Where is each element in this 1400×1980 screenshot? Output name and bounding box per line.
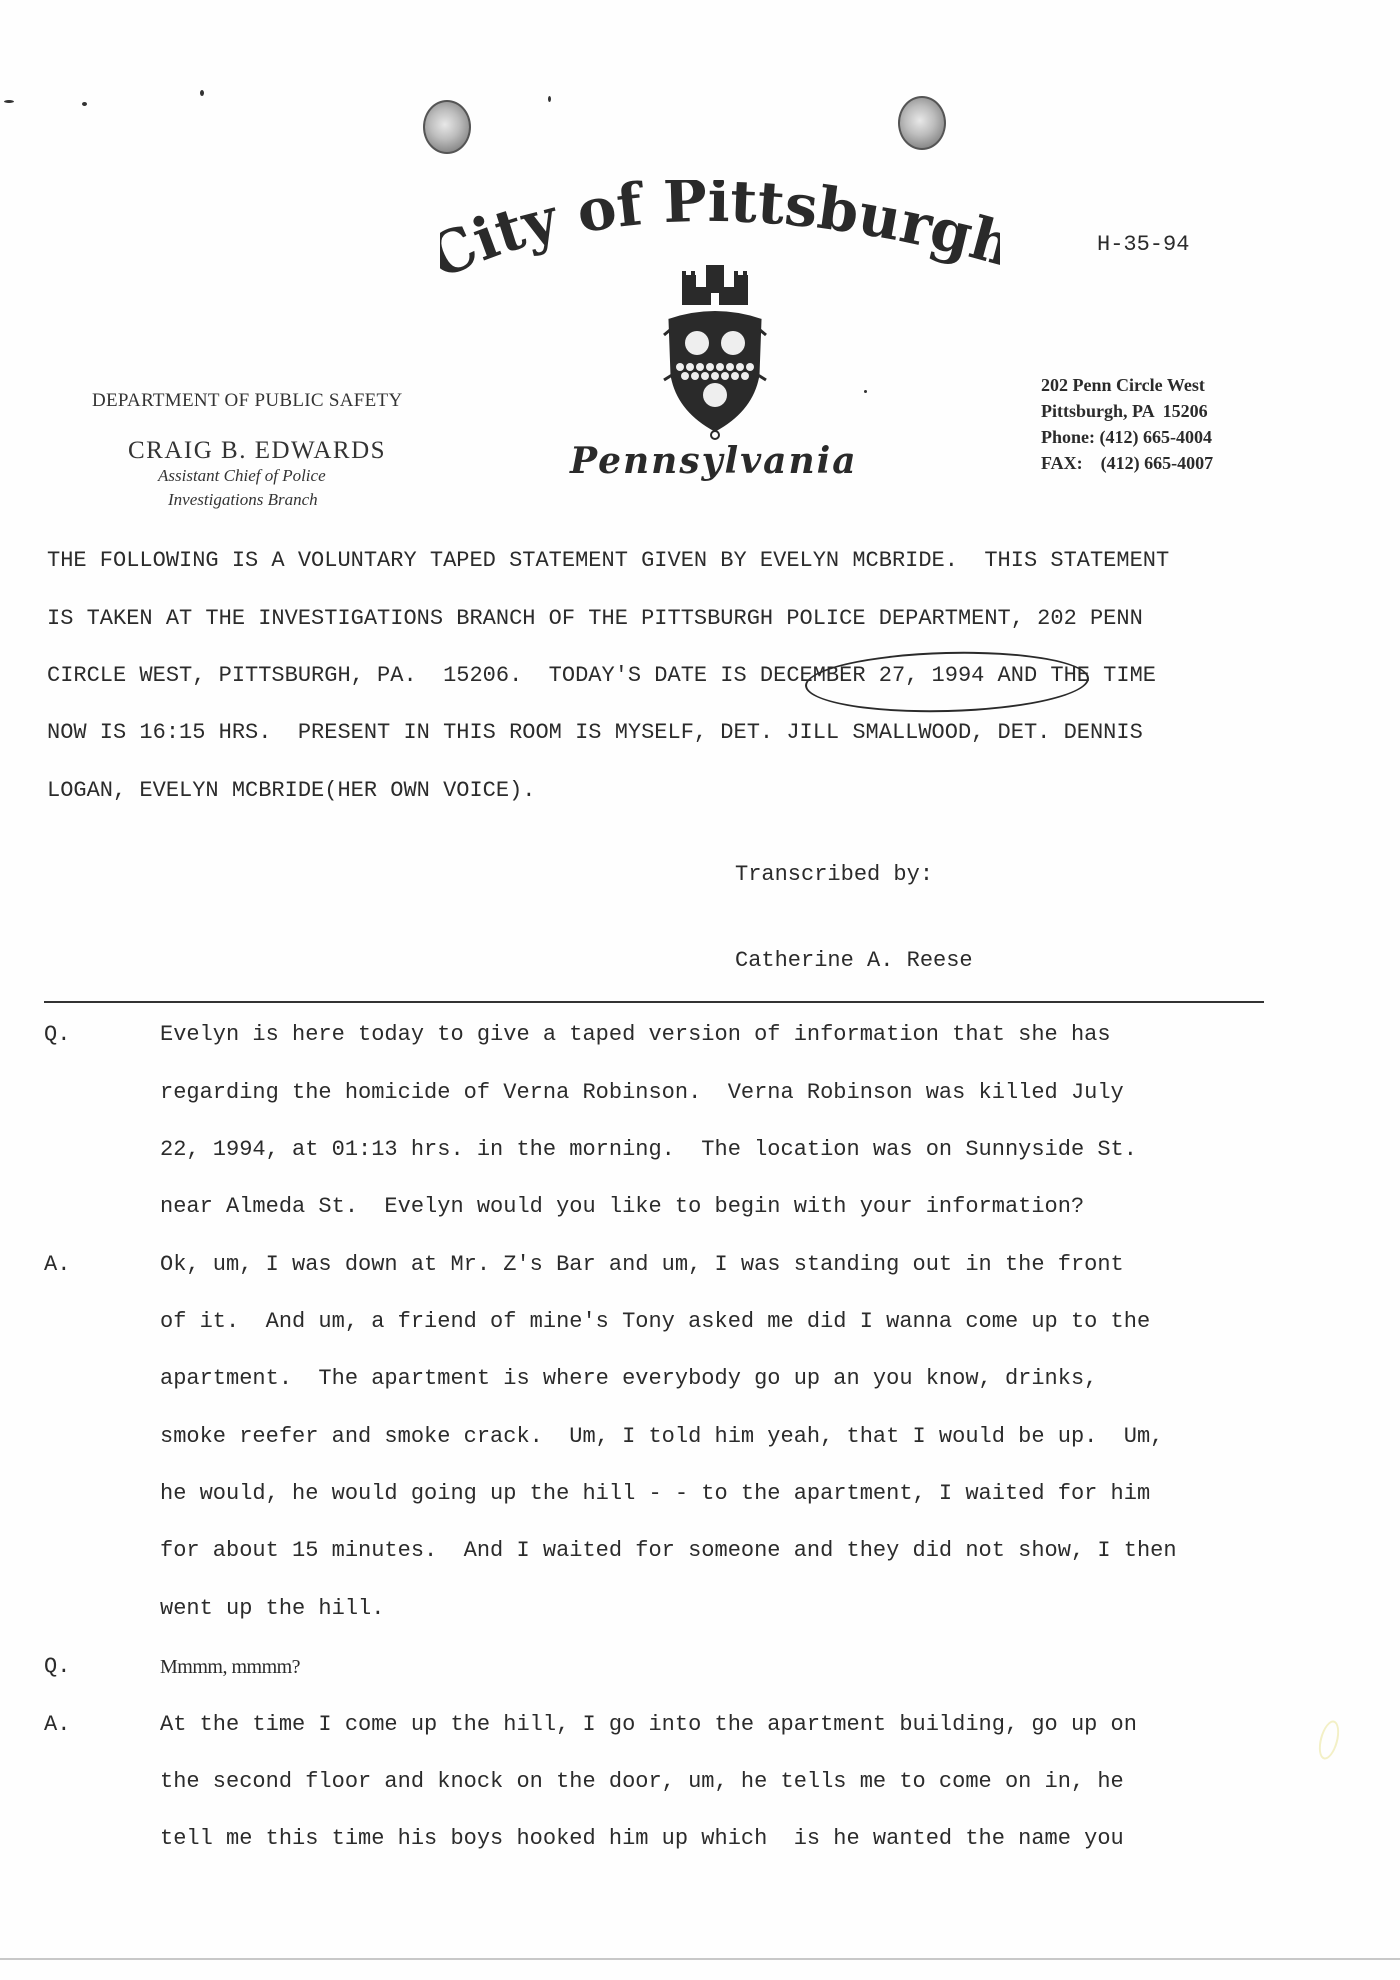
dialogue-line: of it. And um, a friend of mine's Tony a…: [160, 1309, 1150, 1334]
dialogue-line: for about 15 minutes. And I waited for s…: [160, 1538, 1177, 1563]
state-name: Pennsylvania: [570, 440, 858, 482]
dialogue-line: he would, he would going up the hill - -…: [160, 1481, 1150, 1506]
intro-line: LOGAN, EVELYN MCBRIDE(HER OWN VOICE).: [47, 778, 535, 803]
punch-hole-left: [423, 100, 471, 154]
dialogue-line: Ok, um, I was down at Mr. Z's Bar and um…: [160, 1252, 1124, 1277]
punch-hole-right: [898, 96, 946, 150]
section-divider: [44, 1001, 1264, 1003]
page-bottom-edge: [0, 1958, 1400, 1960]
address-block: 202 Penn Circle West Pittsburgh, PA 1520…: [1041, 372, 1213, 476]
chief-name: CRAIG B. EDWARDS: [128, 437, 386, 465]
intro-line: NOW IS 16:15 HRS. PRESENT IN THIS ROOM I…: [47, 720, 1143, 745]
dialogue-line: Evelyn is here today to give a taped ver…: [160, 1022, 1111, 1047]
intro-line: IS TAKEN AT THE INVESTIGATIONS BRANCH OF…: [47, 606, 1143, 631]
dialogue-line: 22, 1994, at 01:13 hrs. in the morning. …: [160, 1137, 1137, 1162]
scan-speck: [200, 90, 204, 96]
intro-line: THE FOLLOWING IS A VOLUNTARY TAPED STATE…: [47, 548, 1169, 573]
department-name: DEPARTMENT OF PUBLIC SAFETY: [92, 390, 403, 412]
chief-branch: Investigations Branch: [168, 490, 318, 510]
scan-speck: [548, 96, 551, 102]
address-line-street: 202 Penn Circle West: [1041, 372, 1213, 398]
dialogue-line: went up the hill.: [160, 1596, 384, 1621]
transcribed-by-label: Transcribed by:: [735, 862, 933, 887]
dialogue-line: regarding the homicide of Verna Robinson…: [160, 1080, 1124, 1105]
speaker-label-q: Q.: [44, 1022, 70, 1047]
document-page: City of Pittsburgh Pennsylvania H-35-94 …: [0, 0, 1400, 1980]
speaker-label-q: Q.: [44, 1654, 70, 1679]
dialogue-line: tell me this time his boys hooked him up…: [160, 1826, 1124, 1851]
scan-speck: [82, 102, 87, 106]
scan-speck: [4, 100, 14, 103]
handwritten-circle-date: [804, 648, 1089, 715]
dialogue-line: apartment. The apartment is where everyb…: [160, 1366, 1097, 1391]
dialogue-line: smoke reefer and smoke crack. Um, I told…: [160, 1424, 1163, 1449]
address-line-city: Pittsburgh, PA 15206: [1041, 398, 1213, 424]
city-crest-icon: [660, 265, 770, 445]
dialogue-line: near Almeda St. Evelyn would you like to…: [160, 1194, 1084, 1219]
scan-speck: [864, 390, 867, 393]
dialogue-line: Mmmm, mmmm?: [160, 1656, 300, 1679]
highlighter-mark: [1315, 1718, 1343, 1761]
address-line-phone: Phone: (412) 665-4004: [1041, 424, 1213, 450]
speaker-label-a: A.: [44, 1252, 70, 1277]
chief-title: Assistant Chief of Police: [158, 466, 326, 486]
dialogue-line: the second floor and knock on the door, …: [160, 1769, 1124, 1794]
case-number: H-35-94: [1097, 232, 1189, 257]
transcriber-name: Catherine A. Reese: [735, 948, 973, 973]
dialogue-line: At the time I come up the hill, I go int…: [160, 1712, 1137, 1737]
speaker-label-a: A.: [44, 1712, 70, 1737]
address-line-fax: FAX: (412) 665-4007: [1041, 450, 1213, 476]
